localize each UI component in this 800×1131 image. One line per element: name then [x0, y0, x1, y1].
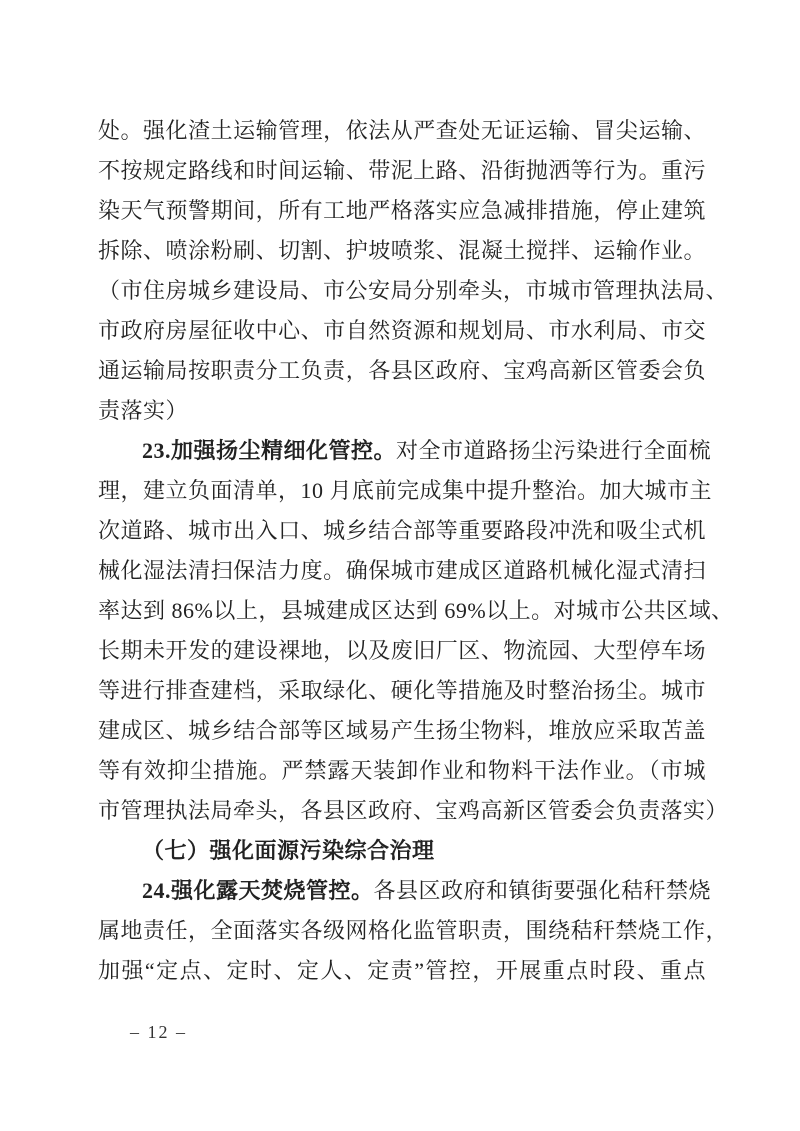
text-line: 市政府房屋征收中心、市自然资源和规划局、市水利局、市交	[98, 311, 706, 351]
text-line: 等有效抑尘措施。严禁露天装卸作业和物料干法作业。（市城	[98, 751, 706, 791]
text-line: 通运输局按职责分工负责，各县区政府、宝鸡高新区管委会负	[98, 351, 706, 391]
text-segment-normal: 对全市道路扬尘污染进行全面梳	[396, 438, 711, 463]
text-segment-kaiti: 市管理执法局牵头，各县区政府、宝鸡高新区管委会负责落实）	[98, 798, 728, 823]
text-line: 染天气预警期间，所有工地严格落实应急减排措施，停止建筑	[98, 191, 706, 231]
page-number: – 12 –	[130, 1020, 187, 1044]
text-segment-normal: 等有效抑尘措施。严禁露天装卸作业和物料干法作业。	[98, 758, 649, 783]
text-line: 理，建立负面清单，10 月底前完成集中提升整治。加大城市主	[98, 471, 706, 511]
text-segment-kaiti: （市城	[649, 758, 706, 783]
text-segment-kaiti: 责落实）	[98, 398, 188, 423]
text-line: 市管理执法局牵头，各县区政府、宝鸡高新区管委会负责落实）	[98, 791, 706, 831]
text-segment-normal: 率达到 86%以上，县城建成区达到 69%以上。对城市公共区域、	[98, 598, 734, 623]
text-segment-normal: 不按规定路线和时间运输、带泥上路、沿街抛洒等行为。重污	[98, 158, 706, 183]
text-segment-bold: 23.加强扬尘精细化管控。	[142, 438, 396, 463]
text-line: 加强“定点、定时、定人、定责”管控，开展重点时段、重点	[98, 951, 706, 991]
text-line: 23.加强扬尘精细化管控。对全市道路扬尘污染进行全面梳	[98, 431, 706, 471]
text-segment-normal: 染天气预警期间，所有工地严格落实应急减排措施，停止建筑	[98, 198, 706, 223]
text-line: 械化湿法清扫保洁力度。确保城市建成区道路机械化湿式清扫	[98, 551, 706, 591]
text-line: 处。强化渣土运输管理，依法从严查处无证运输、冒尖运输、	[98, 111, 706, 151]
text-line: 拆除、喷涂粉刷、切割、护坡喷浆、混凝土搅拌、运输作业。	[98, 231, 706, 271]
text-segment-normal: 长期未开发的建设裸地，以及废旧厂区、物流园、大型停车场	[98, 638, 706, 663]
text-segment-kaiti: 通运输局按职责分工负责，各县区政府、宝鸡高新区管委会负	[98, 358, 706, 383]
text-segment-bold: （七）强化面源污染综合治理	[142, 838, 435, 863]
text-line: 长期未开发的建设裸地，以及废旧厂区、物流园、大型停车场	[98, 631, 706, 671]
document-page: 处。强化渣土运输管理，依法从严查处无证运输、冒尖运输、不按规定路线和时间运输、带…	[0, 0, 800, 1131]
text-segment-normal: 理，建立负面清单，10 月底前完成集中提升整治。加大城市主	[98, 478, 712, 503]
text-line: 不按规定路线和时间运输、带泥上路、沿街抛洒等行为。重污	[98, 151, 706, 191]
text-segment-normal: 处。强化渣土运输管理，依法从严查处无证运输、冒尖运输、	[98, 118, 706, 143]
text-segment-normal: 加强“定点、定时、定人、定责”管控，开展重点时段、重点	[98, 958, 706, 983]
text-line: （市住房城乡建设局、市公安局分别牵头，市城市管理执法局、	[98, 271, 706, 311]
text-line: 责落实）	[98, 391, 706, 431]
text-segment-normal: 各县区政府和镇街要强化秸秆禁烧	[374, 878, 712, 903]
text-segment-kaiti: （市住房城乡建设局、市公安局分别牵头，市城市管理执法局、	[98, 278, 728, 303]
document-lines: 处。强化渣土运输管理，依法从严查处无证运输、冒尖运输、不按规定路线和时间运输、带…	[98, 111, 706, 991]
text-line: 24.强化露天焚烧管控。各县区政府和镇街要强化秸秆禁烧	[98, 871, 706, 911]
text-segment-bold: 24.强化露天焚烧管控。	[142, 878, 374, 903]
text-segment-normal: 属地责任，全面落实各级网格化监管职责，围绕秸秆禁烧工作，	[98, 918, 728, 943]
text-line: 等进行排查建档，采取绿化、硬化等措施及时整治扬尘。城市	[98, 671, 706, 711]
text-segment-normal: 拆除、喷涂粉刷、切割、护坡喷浆、混凝土搅拌、运输作业。	[98, 238, 706, 263]
text-line: 属地责任，全面落实各级网格化监管职责，围绕秸秆禁烧工作，	[98, 911, 706, 951]
text-segment-normal: 等进行排查建档，采取绿化、硬化等措施及时整治扬尘。城市	[98, 678, 706, 703]
text-segment-normal: 次道路、城市出入口、城乡结合部等重要路段冲洗和吸尘式机	[98, 518, 706, 543]
text-segment-normal: 械化湿法清扫保洁力度。确保城市建成区道路机械化湿式清扫	[98, 558, 706, 583]
document-body: 处。强化渣土运输管理，依法从严查处无证运输、冒尖运输、不按规定路线和时间运输、带…	[98, 111, 706, 991]
text-line: 建成区、城乡结合部等区域易产生扬尘物料，堆放应采取苫盖	[98, 711, 706, 751]
text-segment-normal: 建成区、城乡结合部等区域易产生扬尘物料，堆放应采取苫盖	[98, 718, 706, 743]
text-line: （七）强化面源污染综合治理	[98, 831, 706, 871]
text-line: 次道路、城市出入口、城乡结合部等重要路段冲洗和吸尘式机	[98, 511, 706, 551]
text-segment-kaiti: 市政府房屋征收中心、市自然资源和规划局、市水利局、市交	[98, 318, 706, 343]
text-line: 率达到 86%以上，县城建成区达到 69%以上。对城市公共区域、	[98, 591, 706, 631]
